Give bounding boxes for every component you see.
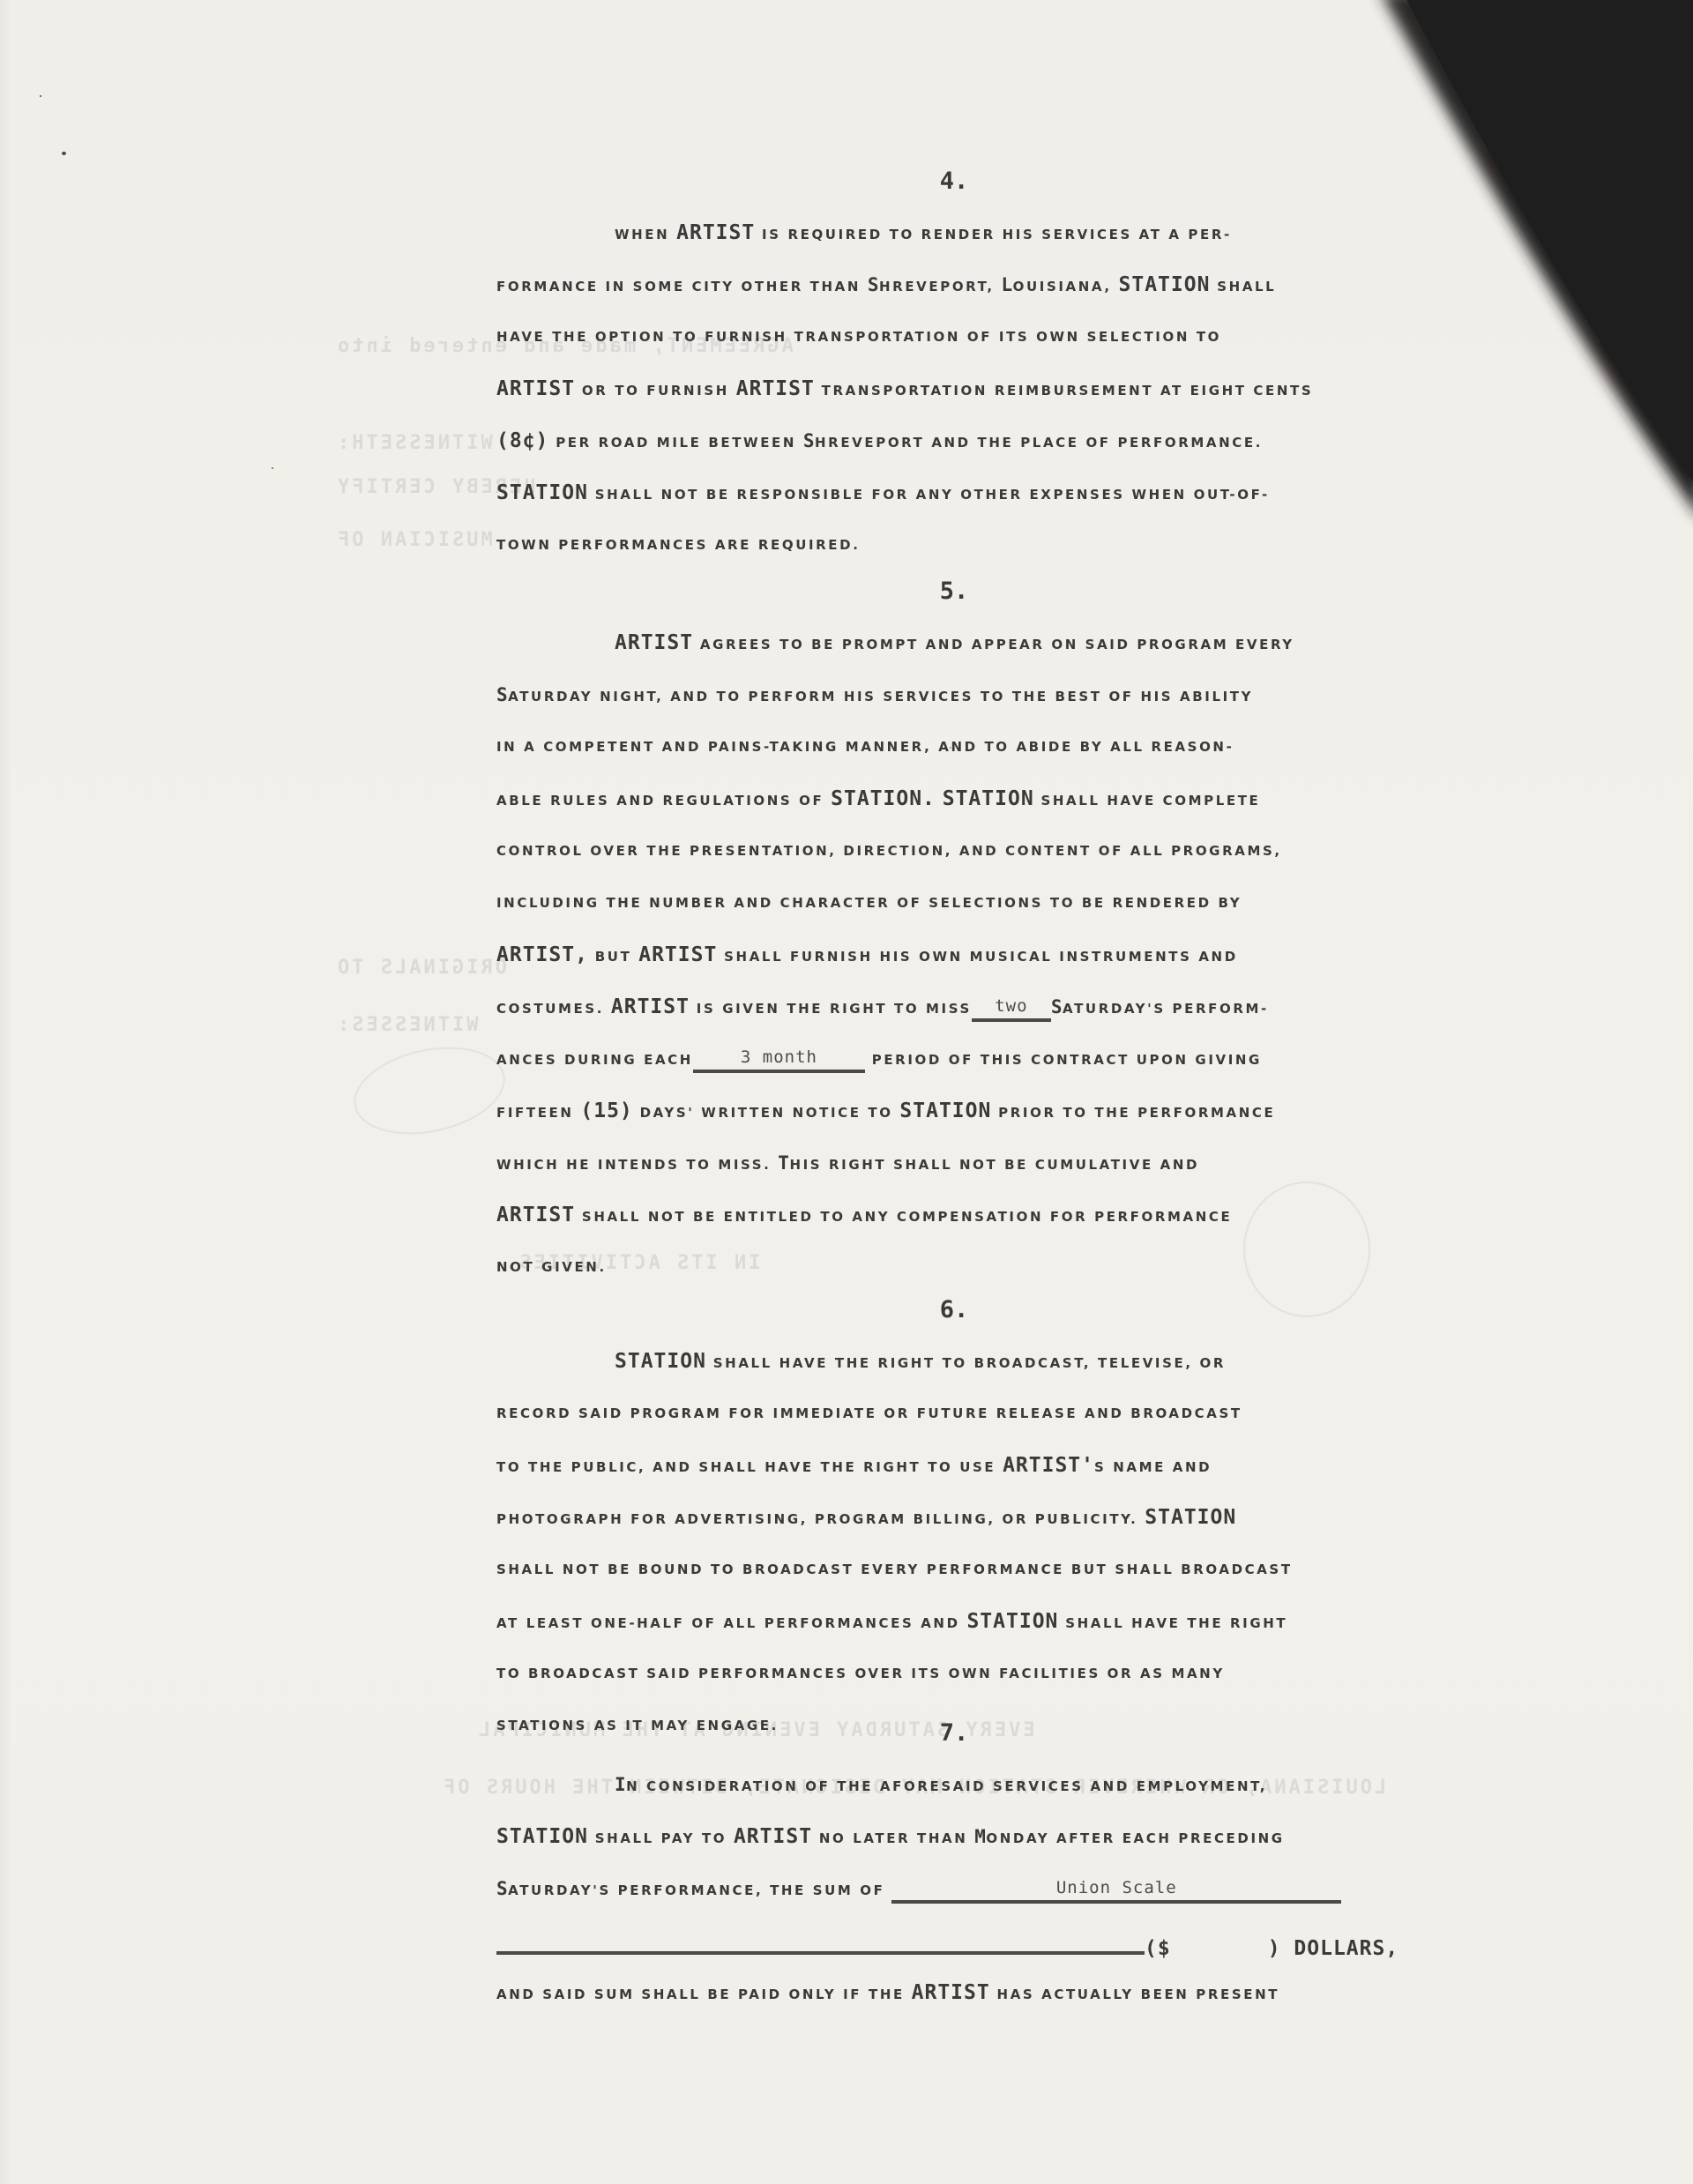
capital-term: ARTIST — [496, 1204, 575, 1226]
text-run: has actually been present — [990, 1986, 1279, 2002]
text-line: ARTIST agrees to be prompt and appear on… — [615, 632, 1294, 655]
paper-speck — [40, 95, 41, 97]
text-run: n consideration of the aforesaid service… — [626, 1778, 1267, 1794]
text-line: STATION shall pay to ARTIST no later tha… — [496, 1826, 1285, 1849]
capital-term: ($ — [1145, 1937, 1171, 1960]
initial-capital: L — [1001, 274, 1012, 295]
text-run: onday after each preceding — [986, 1830, 1284, 1846]
capital-term: ARTIST — [736, 377, 815, 400]
text-run: agrees to be prompt and appear on said p… — [693, 637, 1294, 652]
capital-term: ARTIST — [676, 221, 755, 244]
text-run: which he intends to miss. — [496, 1157, 778, 1173]
paper-speck — [272, 467, 273, 469]
text-line: formance in some city other than Shrevep… — [496, 274, 1276, 297]
handwritten-entry: Union Scale — [1056, 1878, 1177, 1897]
text-line: When ARTIST is required to render his se… — [615, 222, 1232, 245]
text-line: which he intends to miss. This right sha… — [496, 1152, 1199, 1175]
text-run: town performances are required. — [496, 537, 861, 553]
fill-in-blank — [496, 1930, 1145, 1955]
page-left-edge — [0, 0, 11, 2184]
fill-in-blank: two — [972, 997, 1051, 1022]
text-line: photograph for advertising, program bill… — [496, 1507, 1236, 1530]
initial-capital: T — [778, 1152, 789, 1174]
initial-capital: S — [868, 274, 879, 295]
text-line: STATION shall have the right to broadcas… — [615, 1351, 1226, 1374]
text-line: (8¢) per road mile between Shreveport an… — [496, 430, 1263, 453]
text-run: is given the right to miss — [690, 1001, 972, 1017]
text-run: costumes. — [496, 1001, 611, 1017]
text-run: not given. — [496, 1259, 607, 1275]
text-run: hreveport, — [879, 279, 1001, 294]
text-line: ARTIST or to furnish ARTIST transportati… — [496, 378, 1313, 401]
capital-term: STATION — [943, 787, 1034, 810]
text-run: to broadcast said performances over its … — [496, 1666, 1225, 1681]
capital-term: ARTIST, — [496, 943, 588, 966]
bleed-through-text: MUSICIAN OF — [335, 529, 493, 551]
capital-term: (15) — [580, 1099, 632, 1122]
paper-speck — [62, 152, 66, 155]
capital-term: ARTIST — [611, 995, 690, 1018]
text-run: shall pay to — [588, 1830, 734, 1846]
capital-term: STATION — [615, 1350, 706, 1373]
text-run — [936, 793, 943, 809]
text-run: per road mile between — [548, 435, 802, 451]
text-line: Saturday night, and to perform his servi… — [496, 684, 1253, 707]
text-run: hreveport and the place of performance. — [815, 435, 1263, 451]
text-line: including the number and character of se… — [496, 892, 1242, 913]
text-run: but — [588, 949, 638, 965]
text-run: shall not be bound to broadcast every pe… — [496, 1562, 1293, 1577]
section-number-text: 5. — [940, 578, 969, 605]
text-line: control over the presentation, direction… — [496, 840, 1282, 861]
capital-term: ARTIST — [912, 1981, 990, 2004]
text-run: shall have the right to broadcast, telev… — [706, 1355, 1226, 1371]
text-run: his right shall not be cumulative and — [789, 1157, 1199, 1173]
text-line: record said program for immediate or fut… — [496, 1403, 1242, 1424]
text-run: s name and — [1094, 1459, 1212, 1475]
text-line: at least one-half of all performances an… — [496, 1611, 1287, 1634]
section-number: 6. — [0, 1296, 1693, 1323]
text-line: town performances are required. — [496, 534, 861, 555]
text-line: STATION shall not be responsible for any… — [496, 482, 1270, 505]
capital-term: ARTIST — [615, 631, 693, 654]
text-run: ances during each — [496, 1052, 693, 1068]
text-line: ances during each3 month period of this … — [496, 1048, 1262, 1073]
section-number: 5. — [0, 578, 1693, 605]
capital-term: STATION — [1119, 273, 1211, 296]
fill-in-blank: 3 month — [693, 1048, 865, 1073]
section-number-text: 6. — [940, 1296, 969, 1323]
capital-term: STATION — [899, 1099, 991, 1122]
text-line: Saturday's performance, the sum of Union… — [496, 1878, 1341, 1904]
capital-term: ) DOLLARS, — [1268, 1937, 1398, 1960]
text-run: in a competent and pains-taking manner, … — [496, 739, 1234, 755]
text-line: able rules and regulations of STATION. S… — [496, 788, 1260, 811]
bleed-through-text: WITNESSETH: — [335, 432, 493, 454]
text-run: shall not be responsible for any other e… — [588, 487, 1270, 503]
capital-term: STATION — [1145, 1506, 1236, 1529]
text-run: formance in some city other than — [496, 279, 868, 294]
capital-term: STATION — [966, 1610, 1058, 1633]
text-line: ARTIST shall not be entitled to any comp… — [496, 1204, 1232, 1227]
capital-term: ARTIST' — [1003, 1454, 1094, 1477]
text-run: aturday night, and to perform his servic… — [508, 689, 1253, 704]
capital-term: STATION — [496, 1825, 588, 1848]
text-run: to the public, and shall have the right … — [496, 1459, 1003, 1475]
initial-capital: S — [496, 684, 508, 705]
text-run: aturday's performance, the sum of — [508, 1882, 891, 1898]
fill-in-blank: Union Scale — [891, 1879, 1341, 1904]
text-line: have the option to furnish transportatio… — [496, 326, 1221, 347]
capital-term: ARTIST — [496, 377, 575, 400]
text-run: period of this contract upon giving — [865, 1052, 1262, 1068]
text-run: and said sum shall be paid only if the — [496, 1986, 912, 2002]
handwritten-entry: 3 month — [741, 1047, 817, 1067]
text-line: fifteen (15) days' written notice to STA… — [496, 1100, 1275, 1123]
text-run: at least one-half of all performances an… — [496, 1615, 966, 1631]
text-line: in a competent and pains-taking manner, … — [496, 736, 1234, 757]
text-line: costumes. ARTIST is given the right to m… — [496, 996, 1269, 1022]
capital-term: (8¢) — [496, 429, 548, 452]
section-number-text: 7. — [940, 1719, 969, 1747]
text-line: shall not be bound to broadcast every pe… — [496, 1559, 1293, 1580]
capital-term: STATION. — [831, 787, 936, 810]
text-run: including the number and character of se… — [496, 895, 1242, 911]
capital-term: STATION — [496, 481, 588, 504]
text-run: shall — [1210, 279, 1276, 294]
bleed-through-text: ORIGINALS TO — [335, 957, 507, 979]
initial-capital: S — [496, 1878, 508, 1899]
text-line: ($) DOLLARS, — [496, 1930, 1398, 1961]
text-run: shall have complete — [1034, 793, 1261, 809]
text-run: fifteen — [496, 1105, 580, 1121]
initial-capital: I — [615, 1774, 626, 1795]
text-line: ARTIST, but ARTIST shall furnish his own… — [496, 944, 1238, 967]
text-run: shall not be entitled to any compensatio… — [575, 1209, 1232, 1225]
capital-term: ARTIST — [734, 1825, 812, 1848]
text-run: record said program for immediate or fut… — [496, 1405, 1242, 1421]
text-run: shall furnish his own musical instrument… — [717, 949, 1237, 965]
text-line: and said sum shall be paid only if the A… — [496, 1982, 1279, 2005]
text-run: have the option to furnish transportatio… — [496, 329, 1221, 345]
handwritten-entry: two — [995, 996, 1027, 1016]
section-number-text: 4. — [940, 168, 969, 195]
text-line: to broadcast said performances over its … — [496, 1663, 1225, 1684]
section-number: 7. — [0, 1719, 1693, 1747]
text-line: not given. — [496, 1256, 607, 1278]
text-run: control over the presentation, direction… — [496, 843, 1282, 859]
text-run: transportation reimbursement at eight ce… — [815, 383, 1313, 399]
text-run: prior to the performance — [991, 1105, 1275, 1121]
section-number: 4. — [0, 168, 1693, 195]
text-run: days' written notice to — [633, 1105, 900, 1121]
text-line: to the public, and shall have the right … — [496, 1455, 1212, 1478]
text-run: photograph for advertising, program bill… — [496, 1511, 1145, 1527]
text-run: aturday's perform- — [1063, 1001, 1269, 1017]
text-run: able rules and regulations of — [496, 793, 831, 809]
text-run: is required to render his services at a … — [755, 227, 1232, 242]
initial-capital: M — [974, 1826, 986, 1847]
text-line: In consideration of the aforesaid servic… — [615, 1774, 1267, 1797]
initial-capital: S — [803, 430, 815, 451]
capital-term: ARTIST — [638, 943, 717, 966]
text-run: When — [615, 227, 676, 242]
text-run: ouisiana, — [1013, 279, 1119, 294]
initial-capital: S — [1051, 996, 1063, 1017]
text-run: shall have the right — [1058, 1615, 1287, 1631]
text-run: or to furnish — [575, 383, 736, 399]
text-run: no later than — [812, 1830, 974, 1846]
bleed-through-text: WITNESSES: — [335, 1014, 478, 1036]
